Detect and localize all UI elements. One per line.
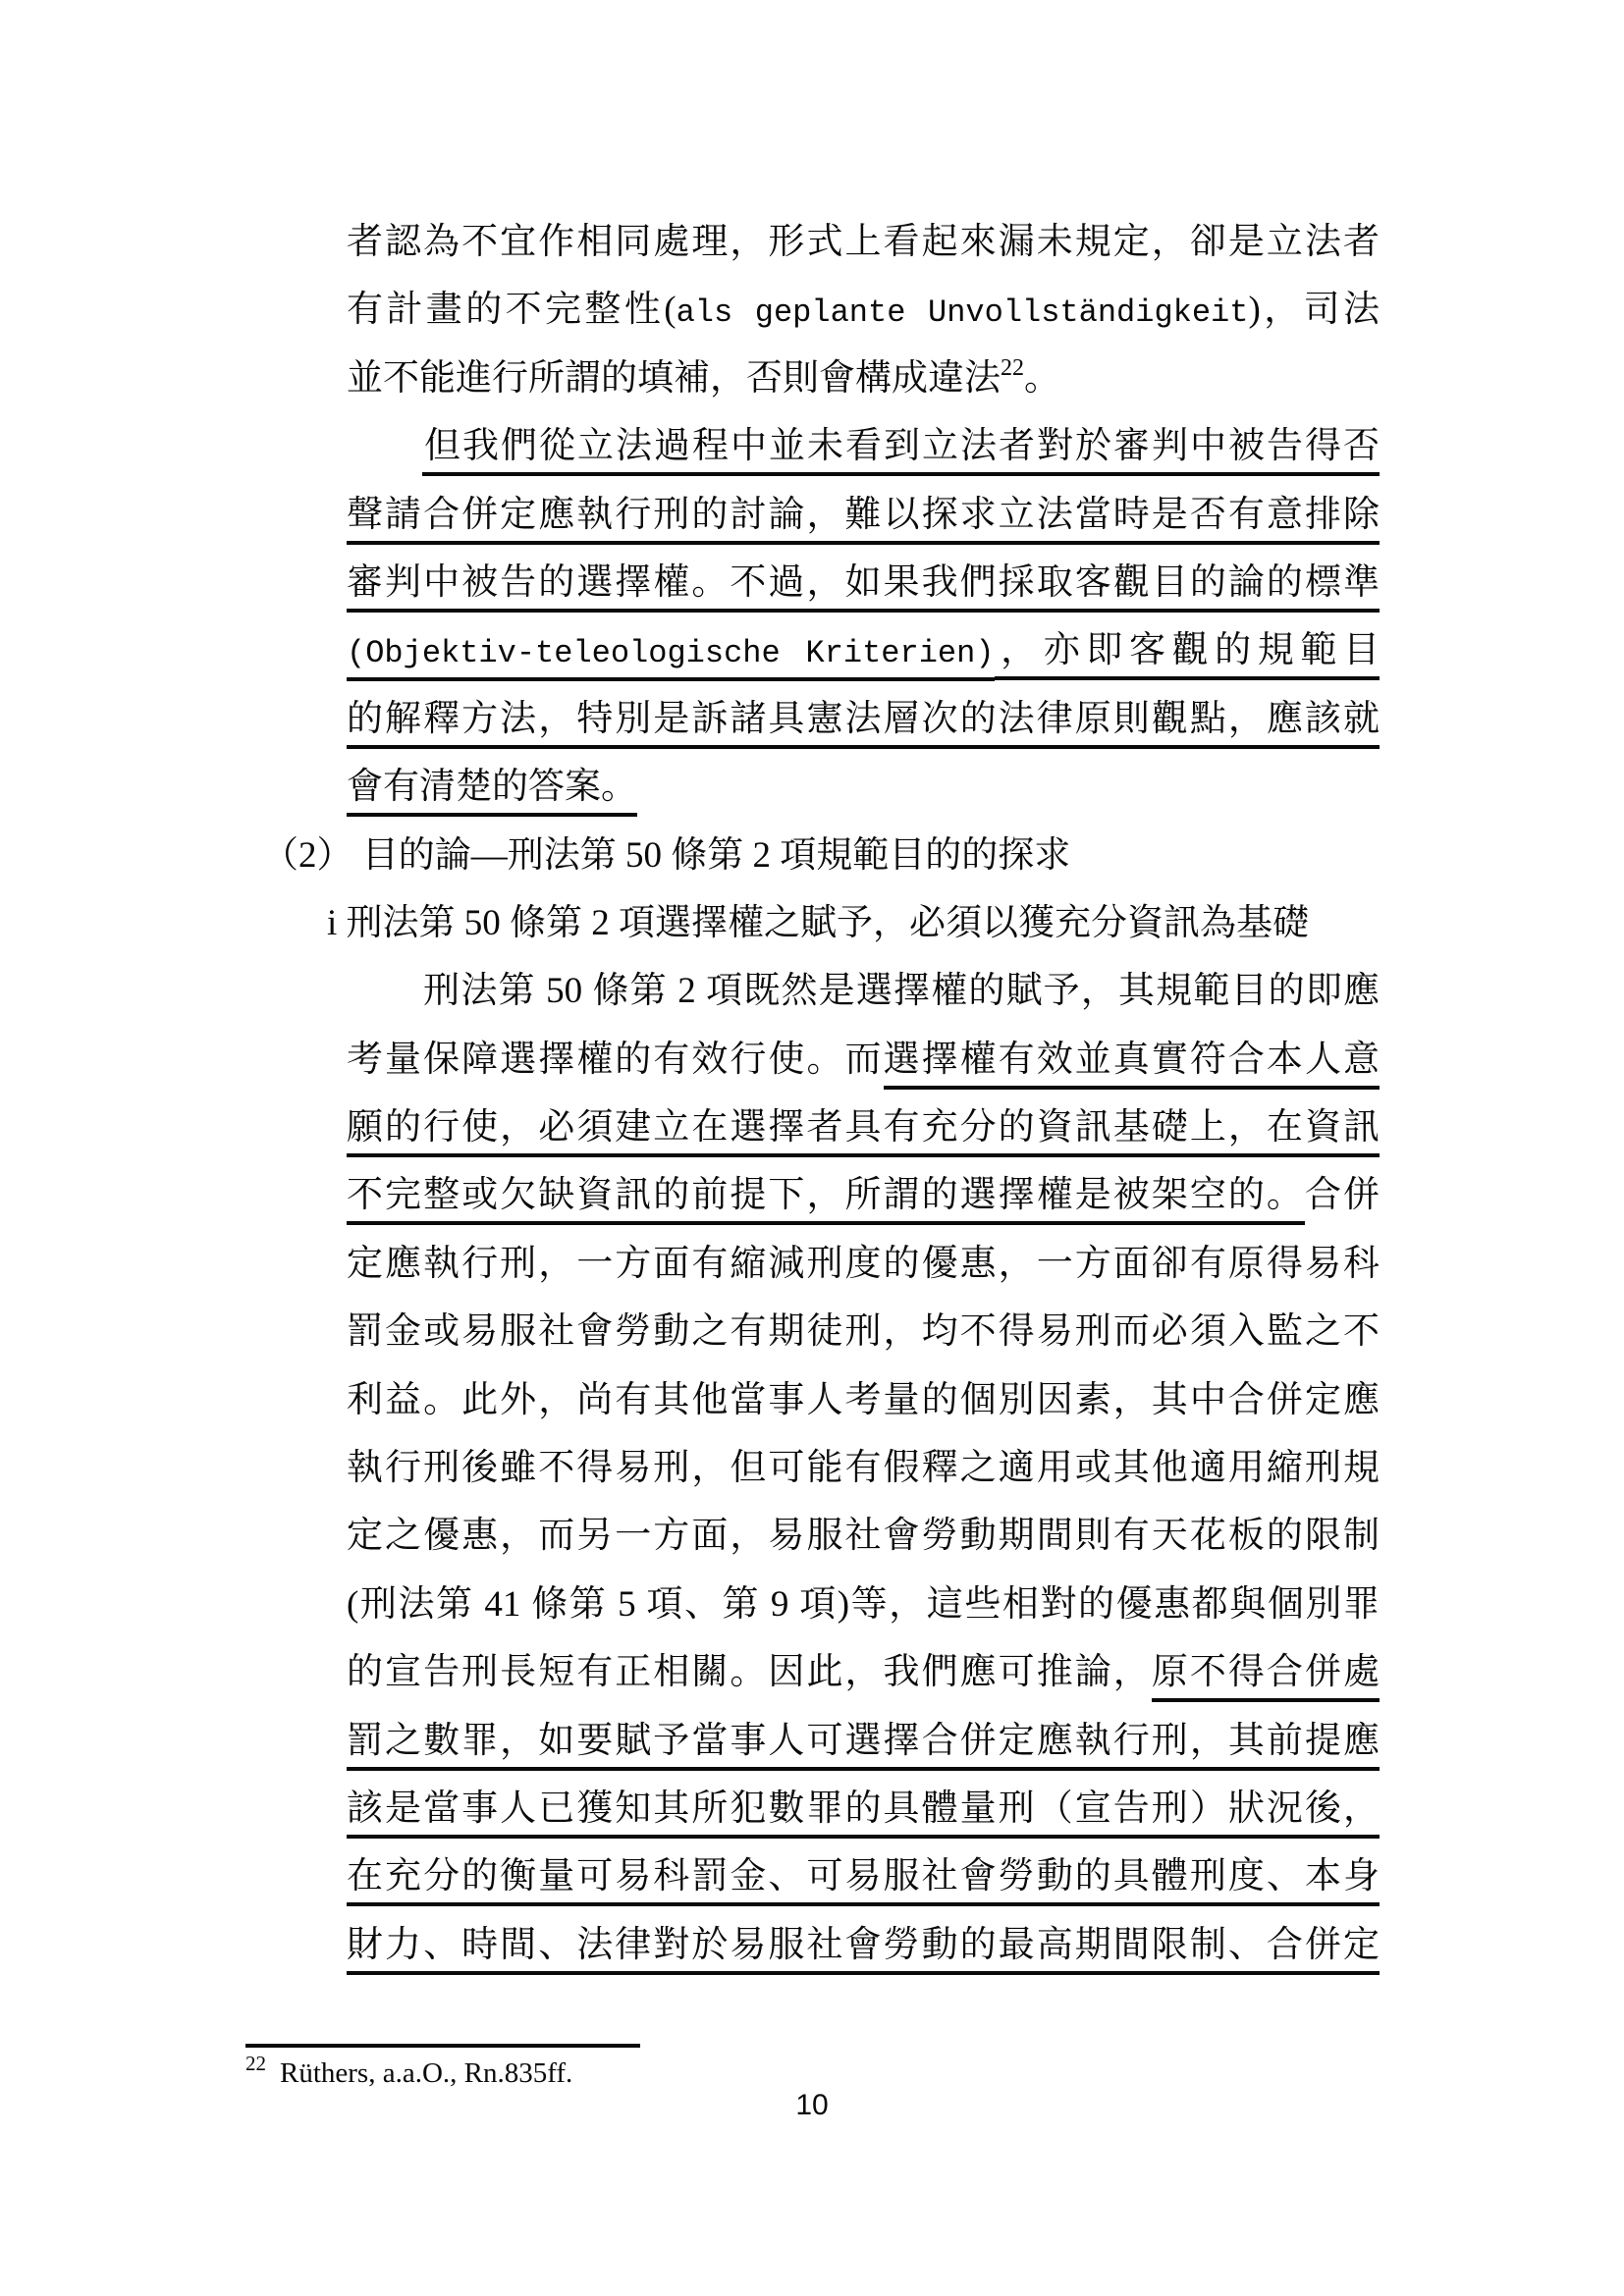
- underlined-text: 審判中被告的選擇權。不過，如果我們採取客觀目的論的標準: [347, 562, 1380, 613]
- text-line: 罰之數罪，如要賦予當事人可選擇合併定應執行刑，其前提應: [262, 1707, 1380, 1775]
- text-line: 在充分的衡量可易科罰金、可易服社會勞動的具體刑度、本身: [262, 1842, 1380, 1910]
- text-line: i 刑法第 50 條第 2 項選擇權之賦予，必須以獲充分資訊為基礎: [262, 889, 1380, 957]
- underlined-text: 不完整或欠缺資訊的前提下，所謂的選擇權是被架空的。: [347, 1175, 1305, 1225]
- text-run: 罰金或易服社會勞動之有期徒刑，均不得易刑而必須入監之不: [347, 1311, 1380, 1352]
- underlined-text: (Objektiv-teleologische Kriterien): [347, 635, 995, 681]
- text-line: 財力、時間、法律對於易服社會勞動的最高期間限制、合併定: [262, 1911, 1380, 1979]
- text-line: 審判中被告的選擇權。不過，如果我們採取客觀目的論的標準: [262, 549, 1380, 616]
- underlined-text: 聲請合併定應執行刑的討論，難以探求立法當時是否有意排除: [347, 495, 1380, 545]
- text-line: 有計畫的不完整性(als geplante Unvollständigkeit)…: [262, 276, 1380, 344]
- text-run: 考量保障選擇權的有效行使。而: [347, 1040, 884, 1080]
- text-line: 的宣告刑長短有正相關。因此，我們應可推論，原不得合併處: [262, 1638, 1380, 1706]
- text-run: i 刑法第 50 條第 2 項選擇權之賦予，必須以獲充分資訊為基礎: [327, 903, 1309, 943]
- document-page: 者認為不宜作相同處理，形式上看起來漏未規定，卻是立法者有計畫的不完整性(als …: [0, 0, 1624, 2296]
- text-line: 並不能進行所謂的填補，否則會構成違法22。: [262, 345, 1380, 412]
- underlined-text: 但我們從立法過程中並未看到立法者對於審判中被告得否: [422, 426, 1380, 476]
- text-line: 利益。此外，尚有其他當事人考量的個別因素，其中合併定應: [262, 1366, 1380, 1434]
- text-run: 合併: [1305, 1175, 1380, 1215]
- first-line-indent: [347, 456, 422, 457]
- first-line-indent: [347, 1001, 422, 1002]
- text-line: 的解釋方法，特別是訴諸具憲法層次的法律原則觀點，應該就: [262, 685, 1380, 753]
- text-run: 的宣告刑長短有正相關。因此，我們應可推論，: [347, 1652, 1152, 1692]
- underlined-text: 該是當事人已獲知其所犯數罪的具體量刑（宣告刑）狀況後，: [347, 1789, 1380, 1839]
- text-block: 者認為不宜作相同處理，形式上看起來漏未規定，卻是立法者有計畫的不完整性(als …: [262, 208, 1380, 1979]
- text-line: 執行刑後雖不得易刑，但可能有假釋之適用或其他適用縮刑規: [262, 1434, 1380, 1502]
- text-line: 會有清楚的答案。: [262, 753, 1380, 821]
- text-run: 者認為不宜作相同處理，形式上看起來漏未規定，卻是立法者: [347, 222, 1380, 262]
- underlined-text: 的解釋方法，特別是訴諸具憲法層次的法律原則觀點，應該就: [347, 699, 1380, 749]
- text-line: (Objektiv-teleologische Kriterien)，亦即客觀的…: [262, 616, 1380, 684]
- text-run: )，司法: [1248, 290, 1380, 330]
- text-run: 定之優惠，而另一方面，易服社會勞動期間則有天花板的限制: [347, 1516, 1380, 1556]
- underlined-text: 罰之數罪，如要賦予當事人可選擇合併定應執行刑，其前提應: [347, 1721, 1380, 1771]
- text-run: (刑法第 41 條第 5 項、第 9 項)等，這些相對的優惠都與個別罪: [347, 1584, 1380, 1625]
- footnote: 22Rüthers, a.a.O., Rn.835ff.: [245, 2054, 572, 2093]
- text-run: 執行刑後雖不得易刑，但可能有假釋之適用或其他適用縮刑規: [347, 1448, 1380, 1488]
- underlined-text: 選擇權有效並真實符合本人意: [884, 1040, 1380, 1090]
- text-line: 聲請合併定應執行刑的討論，難以探求立法當時是否有意排除: [262, 481, 1380, 549]
- text-line: 定之優惠，而另一方面，易服社會勞動期間則有天花板的限制: [262, 1502, 1380, 1570]
- text-run: 。: [1024, 358, 1060, 399]
- underlined-text: 願的行使，必須建立在選擇者具有充分的資訊基礎上，在資訊: [347, 1107, 1380, 1157]
- underlined-text: 會有清楚的答案。: [347, 767, 637, 817]
- footnote-reference: 22: [1001, 355, 1024, 381]
- underlined-text: ，亦即客觀的規範目: [995, 630, 1380, 680]
- footnote-marker: 22: [245, 2052, 266, 2075]
- text-line: 但我們從立法過程中並未看到立法者對於審判中被告得否: [262, 412, 1380, 480]
- text-line: 刑法第 50 條第 2 項既然是選擇權的賦予，其規範目的即應: [262, 957, 1380, 1025]
- text-run: 刑法第 50 條第 2 項既然是選擇權的賦予，其規範目的即應: [422, 971, 1380, 1011]
- text-run: 有計畫的不完整性(: [347, 290, 677, 330]
- underlined-text: 財力、時間、法律對於易服社會勞動的最高期間限制、合併定: [347, 1925, 1380, 1975]
- underlined-text: 在充分的衡量可易科罰金、可易服社會勞動的具體刑度、本身: [347, 1856, 1380, 1906]
- underlined-text: 原不得合併處: [1152, 1652, 1380, 1702]
- text-run: als geplante Unvollständigkeit: [677, 294, 1249, 331]
- text-run: 利益。此外，尚有其他當事人考量的個別因素，其中合併定應: [347, 1380, 1380, 1420]
- text-run: 定應執行刑，一方面有縮減刑度的優惠，一方面卻有原得易科: [347, 1244, 1380, 1284]
- text-line: 該是當事人已獲知其所犯數罪的具體量刑（宣告刑）狀況後，: [262, 1775, 1380, 1842]
- text-line: 者認為不宜作相同處理，形式上看起來漏未規定，卻是立法者: [262, 208, 1380, 276]
- footnote-separator: [245, 2044, 640, 2048]
- text-line: 定應執行刑，一方面有縮減刑度的優惠，一方面卻有原得易科: [262, 1230, 1380, 1298]
- text-line: 願的行使，必須建立在選擇者具有充分的資訊基礎上，在資訊: [262, 1094, 1380, 1161]
- text-line: (刑法第 41 條第 5 項、第 9 項)等，這些相對的優惠都與個別罪: [262, 1571, 1380, 1638]
- text-line: 不完整或欠缺資訊的前提下，所謂的選擇權是被架空的。合併: [262, 1161, 1380, 1229]
- page-number: 10: [0, 2089, 1624, 2122]
- text-line: 罰金或易服社會勞動之有期徒刑，均不得易刑而必須入監之不: [262, 1298, 1380, 1365]
- text-run: 並不能進行所謂的填補，否則會構成違法: [347, 358, 1001, 399]
- text-line: （2） 目的論—刑法第 50 條第 2 項規範目的的探求: [262, 822, 1380, 889]
- text-run: （2） 目的論—刑法第 50 條第 2 項規範目的的探求: [262, 835, 1070, 876]
- footnote-text: Rüthers, a.a.O., Rn.835ff.: [280, 2057, 572, 2089]
- text-line: 考量保障選擇權的有效行使。而選擇權有效並真實符合本人意: [262, 1026, 1380, 1094]
